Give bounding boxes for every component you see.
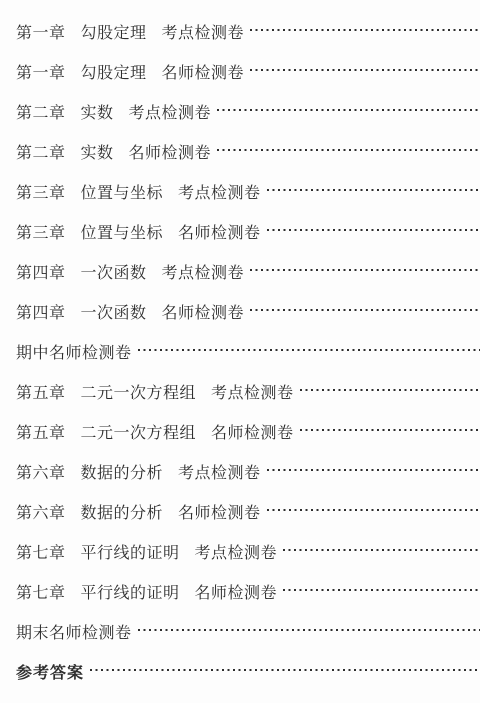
toc-entry-segment: 第三章	[16, 220, 66, 243]
toc-entry-segment: 一次函数	[81, 300, 147, 323]
toc-entry-segment: 数据的分析	[81, 460, 164, 483]
toc-entry-segment: 第一章	[16, 20, 66, 43]
toc-entry: 第四章一次函数考点检测卷	[16, 251, 480, 291]
toc-entry-segment: 第六章	[16, 460, 66, 483]
dotted-leader	[250, 29, 480, 31]
toc-entry-segment: 第三章	[16, 180, 66, 203]
dotted-leader	[267, 469, 480, 471]
toc-entry-segment: 名师检测卷	[162, 300, 245, 323]
toc-entry-segment: 名师检测卷	[178, 500, 261, 523]
toc-entry-segment: 考点检测卷	[162, 20, 245, 43]
toc-entry: 第五章二元一次方程组考点检测卷	[16, 371, 480, 411]
toc-entry: 第三章位置与坐标考点检测卷	[16, 171, 480, 211]
toc-page: 第一章勾股定理考点检测卷第一章勾股定理名师检测卷第二章实数考点检测卷第二章实数名…	[0, 0, 480, 703]
dotted-leader	[267, 189, 480, 191]
toc-entry-segment: 实数	[81, 140, 114, 163]
toc-entry-segment: 勾股定理	[81, 60, 147, 83]
toc-entry: 第二章实数考点检测卷	[16, 91, 480, 131]
toc-entry-segment: 平行线的证明	[81, 540, 180, 563]
toc-entry: 第七章平行线的证明名师检测卷	[16, 571, 480, 611]
toc-entry-segment: 平行线的证明	[81, 580, 180, 603]
toc-entry-segment: 考点检测卷	[195, 540, 278, 563]
toc-entry-segment: 名师检测卷	[178, 220, 261, 243]
toc-entry-segment: 第四章	[16, 300, 66, 323]
toc-entry-segment: 考点检测卷	[162, 260, 245, 283]
toc-entry-segment: 数据的分析	[81, 500, 164, 523]
toc-entry-segment: 名师检测卷	[211, 420, 294, 443]
toc-entry-segment: 考点检测卷	[178, 460, 261, 483]
toc-entry: 第七章平行线的证明考点检测卷	[16, 531, 480, 571]
toc-entry-segment: 第六章	[16, 500, 66, 523]
toc-entry-segment: 第二章	[16, 140, 66, 163]
dotted-leader	[250, 309, 480, 311]
toc-entry-segment: 第七章	[16, 540, 66, 563]
dotted-leader	[217, 149, 480, 151]
toc-entry: 第一章勾股定理名师检测卷	[16, 51, 480, 91]
toc-entry: 第四章一次函数名师检测卷	[16, 291, 480, 331]
toc-entry-segment: 第一章	[16, 60, 66, 83]
toc-entry-segment: 位置与坐标	[81, 220, 164, 243]
toc-entry-segment: 一次函数	[81, 260, 147, 283]
dotted-leader	[267, 229, 480, 231]
dotted-leader	[300, 389, 480, 391]
toc-entry: 期中名师检测卷	[16, 331, 480, 371]
toc-entry: 第六章数据的分析名师检测卷	[16, 491, 480, 531]
toc-entry-segment: 参考答案	[16, 660, 84, 683]
toc-entry-segment: 考点检测卷	[211, 380, 294, 403]
toc-entry-segment: 第五章	[16, 420, 66, 443]
toc-entry-segment: 期中名师检测卷	[16, 340, 132, 363]
dotted-leader	[138, 349, 480, 351]
dotted-leader	[300, 429, 480, 431]
toc-entry: 参考答案	[16, 651, 480, 691]
toc-entry-segment: 第七章	[16, 580, 66, 603]
toc-entry-segment: 名师检测卷	[129, 140, 212, 163]
toc-entry: 第一章勾股定理考点检测卷	[16, 11, 480, 51]
toc-entry-segment: 名师检测卷	[195, 580, 278, 603]
toc-entry: 期末名师检测卷	[16, 611, 480, 651]
toc-entry: 第五章二元一次方程组名师检测卷	[16, 411, 480, 451]
toc-entry-segment: 勾股定理	[81, 20, 147, 43]
toc-entry-segment: 第五章	[16, 380, 66, 403]
toc-entry: 第三章位置与坐标名师检测卷	[16, 211, 480, 251]
dotted-leader	[250, 269, 480, 271]
dotted-leader	[250, 69, 480, 71]
toc-entry-segment: 二元一次方程组	[81, 380, 197, 403]
dotted-leader	[283, 589, 480, 591]
toc-entry-segment: 二元一次方程组	[81, 420, 197, 443]
toc-entry-segment: 名师检测卷	[162, 60, 245, 83]
toc-entry: 第二章实数名师检测卷	[16, 131, 480, 171]
dotted-leader	[138, 629, 480, 631]
toc-entry-segment: 考点检测卷	[178, 180, 261, 203]
dotted-leader	[267, 509, 480, 511]
toc-entry-segment: 位置与坐标	[81, 180, 164, 203]
dotted-leader	[283, 549, 480, 551]
toc-entry-segment: 考点检测卷	[129, 100, 212, 123]
toc-entry: 第六章数据的分析考点检测卷	[16, 451, 480, 491]
dotted-leader	[217, 109, 480, 111]
toc-entry-segment: 期末名师检测卷	[16, 620, 132, 643]
toc-entry-segment: 第四章	[16, 260, 66, 283]
toc-entry-segment: 实数	[81, 100, 114, 123]
toc-entry-segment: 第二章	[16, 100, 66, 123]
dotted-leader	[90, 669, 480, 671]
